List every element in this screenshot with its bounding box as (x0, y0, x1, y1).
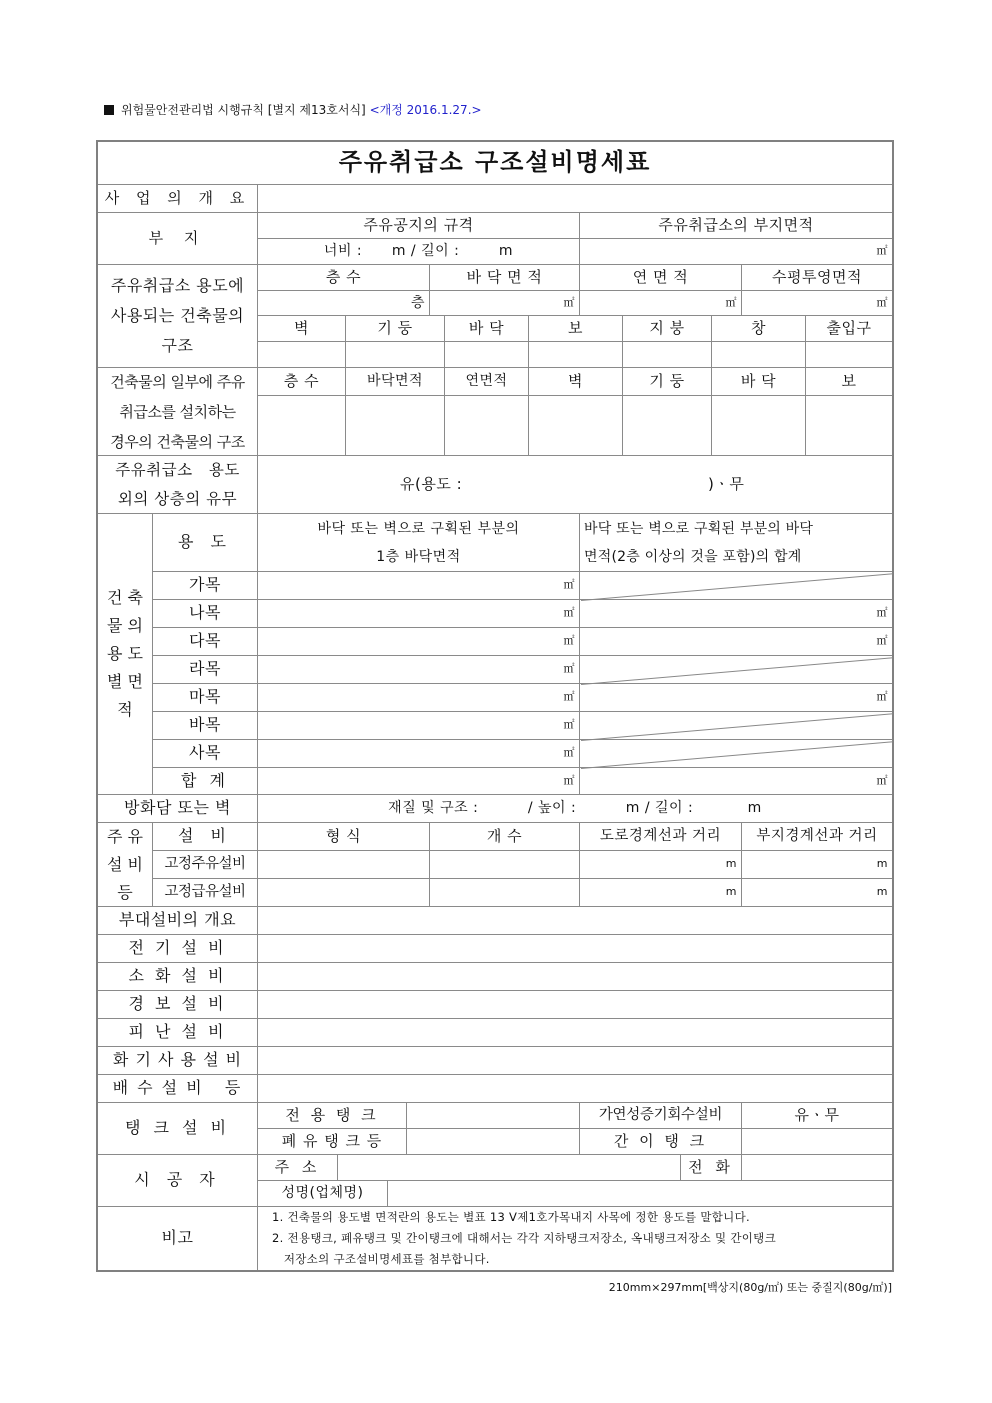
site-area-field[interactable]: ㎡ (580, 239, 892, 265)
beam-header: 보 (529, 316, 623, 342)
fixed-supply-label: 고정급유설비 (153, 879, 258, 907)
business-overview-label: 사 업 의 개 요 (98, 185, 258, 213)
floor-area-header: 바 닥 면 적 (430, 265, 580, 291)
unit-floor: 층 (411, 290, 425, 317)
partial-beam-field[interactable] (806, 396, 892, 456)
partial-beam-header: 보 (806, 368, 892, 396)
site-distance-header: 부지경계선과 거리 (742, 823, 892, 851)
evacuation-equipment-label: 피 난 설 비 (98, 1019, 258, 1047)
projected-area-field[interactable]: ㎡ (742, 291, 892, 316)
column-field[interactable] (346, 342, 445, 368)
window-header: 창 (712, 316, 806, 342)
usage-row-total-area[interactable]: ㎡ (580, 684, 892, 712)
usage-row-name: 나목 (153, 600, 258, 628)
dedicated-tank-label: 전 용 탱 크 (258, 1103, 407, 1129)
unit-sqm: ㎡ (877, 293, 889, 314)
window-field[interactable] (712, 342, 806, 368)
upper-floor-field[interactable]: 유(용도 : )ㆍ무 (258, 456, 892, 514)
type-header: 형 식 (258, 823, 430, 851)
floor-area-field[interactable]: ㎡ (430, 291, 580, 316)
fire-use-equipment-field[interactable] (258, 1047, 892, 1075)
partial-total-area-header: 연면적 (445, 368, 529, 396)
unit-sqm: ㎡ (564, 631, 576, 652)
waste-oil-tank-label: 폐 유 탱 크 등 (258, 1129, 407, 1155)
alarm-equipment-label: 경 보 설 비 (98, 991, 258, 1019)
law-reference: 위험물안전관리법 시행규칙 [별지 제13호서식] (121, 103, 366, 117)
roof-header: 지 붕 (623, 316, 712, 342)
count-header: 개 수 (430, 823, 580, 851)
floor-field[interactable] (445, 342, 529, 368)
unit-sqm: ㎡ (877, 603, 889, 624)
usage-row-first-area[interactable]: ㎡ (258, 684, 580, 712)
partial-wall-field[interactable] (529, 396, 623, 456)
partial-wall-header: 벽 (529, 368, 623, 396)
unit-sqm: ㎡ (564, 743, 576, 764)
floor-header: 바 닥 (445, 316, 529, 342)
unit-sqm: ㎡ (877, 241, 889, 262)
unit-sqm: ㎡ (564, 603, 576, 624)
unit-meter: m (726, 854, 737, 875)
fixed-dispenser-road-distance-field[interactable]: m (580, 851, 742, 879)
remark-line-3: 저장소의 구조설비명세표를 첨부합니다. (272, 1249, 490, 1270)
phone-label: 전 화 (681, 1155, 742, 1181)
road-distance-header: 도로경계선과 거리 (580, 823, 742, 851)
usage-header: 용 도 (153, 514, 258, 572)
partial-column-header: 기 둥 (623, 368, 712, 396)
floors-header: 층 수 (258, 265, 430, 291)
simple-tank-field[interactable] (742, 1129, 892, 1155)
evacuation-equipment-field[interactable] (258, 1019, 892, 1047)
partial-floor-field[interactable] (712, 396, 806, 456)
equipment-header: 설 비 (153, 823, 258, 851)
usage-row-name: 다목 (153, 628, 258, 656)
dedicated-tank-field[interactable] (407, 1103, 580, 1129)
column-header: 기 둥 (346, 316, 445, 342)
revision-link[interactable]: <개정 2016.1.27.> (370, 103, 482, 117)
fixed-supply-road-distance-field[interactable]: m (580, 879, 742, 907)
simple-tank-label: 간 이 탱 크 (580, 1129, 742, 1155)
usage-row-first-area[interactable]: ㎡ (258, 740, 580, 768)
fueling-equipment-label: 주 유 설 비 등 (98, 823, 153, 907)
unit-sqm: ㎡ (564, 771, 576, 792)
paper-spec-footer: 210mm×297mm[백상지(80g/㎡) 또는 중질지(80g/㎡)] (609, 1279, 892, 1295)
fire-use-equipment-label: 화 기 사 용 설 비 (98, 1047, 258, 1075)
usage-row-name: 가목 (153, 572, 258, 600)
address-label: 주 소 (258, 1155, 338, 1181)
fixed-supply-type-field[interactable] (258, 879, 430, 907)
partial-floor-header: 바 닥 (712, 368, 806, 396)
unit-meter: m (726, 882, 737, 903)
remarks-label: 비고 (98, 1207, 258, 1270)
usage-area-label: 건 축 물 의 용 도 별 면 적 (98, 514, 153, 795)
fixed-dispenser-label: 고정주유설비 (153, 851, 258, 879)
usage-row-name: 마목 (153, 684, 258, 712)
building-structure-label: 주유취급소 용도에 사용되는 건축물의 구조 (98, 265, 258, 368)
partial-floors-field[interactable] (258, 396, 346, 456)
usage-row-total-area[interactable]: ㎡ (580, 768, 892, 795)
usage-row-total-area[interactable]: ㎡ (580, 628, 892, 656)
phone-field[interactable] (742, 1155, 892, 1181)
electrical-equipment-field[interactable] (258, 935, 892, 963)
partial-total-area-field[interactable] (445, 396, 529, 456)
partial-floor-area-field[interactable] (346, 396, 445, 456)
entrance-field[interactable] (806, 342, 892, 368)
beam-field[interactable] (529, 342, 623, 368)
site-spec-field[interactable]: 너비 : m / 길이 : m (258, 239, 580, 265)
fixed-dispenser-count-field[interactable] (430, 851, 580, 879)
usage-row-first-area[interactable]: ㎡ (258, 628, 580, 656)
unit-sqm: ㎡ (877, 687, 889, 708)
partial-building-label: 건축물의 일부에 주유 취급소를 설치하는 경우의 건축물의 구조 (98, 368, 258, 456)
unit-sqm: ㎡ (564, 687, 576, 708)
upper-floor-yes-use[interactable]: 유(용도 : (400, 470, 462, 499)
partial-column-field[interactable] (623, 396, 712, 456)
floors-field[interactable]: 층 (258, 291, 430, 316)
firewall-field[interactable]: 재질 및 구조 : / 높이 : m / 길이 : m (258, 795, 892, 823)
vapor-recovery-yes-no[interactable]: 유ㆍ무 (742, 1103, 892, 1129)
partial-floor-area-header: 바닥면적 (346, 368, 445, 396)
usage-row-first-area[interactable]: ㎡ (258, 712, 580, 740)
drainage-equipment-field[interactable] (258, 1075, 892, 1103)
firewall-label: 방화담 또는 벽 (98, 795, 258, 823)
fixed-supply-site-distance-field[interactable]: m (742, 879, 892, 907)
wall-header: 벽 (258, 316, 346, 342)
form-header: 위험물안전관리법 시행규칙 [별지 제13호서식] <개정 2016.1.27.… (104, 101, 482, 118)
usage-row-first-area[interactable]: ㎡ (258, 656, 580, 684)
roof-field[interactable] (623, 342, 712, 368)
total-area-header: 바닥 또는 벽으로 구획된 부분의 바닥 면적(2층 이상의 것을 포함)의 합… (580, 514, 892, 572)
fire-extinguishing-label: 소 화 설 비 (98, 963, 258, 991)
usage-row-first-area[interactable]: ㎡ (258, 572, 580, 600)
unit-sqm: ㎡ (877, 771, 889, 792)
unit-sqm: ㎡ (564, 293, 576, 314)
total-floor-area-field[interactable]: ㎡ (580, 291, 742, 316)
tank-equipment-label: 탱 크 설 비 (98, 1103, 258, 1155)
auxiliary-overview-label: 부대설비의 개요 (98, 907, 258, 935)
unit-sqm: ㎡ (564, 575, 576, 596)
usage-row-total-area[interactable]: ㎡ (580, 600, 892, 628)
unit-sqm: ㎡ (877, 631, 889, 652)
first-floor-area-header: 바닥 또는 벽으로 구획된 부분의 1층 바닥면적 (258, 514, 580, 572)
usage-row-first-area[interactable]: ㎡ (258, 600, 580, 628)
remark-line-1: 1. 건축물의 용도별 면적란의 용도는 별표 13 Ⅴ제1호가목내지 사목에 … (272, 1207, 750, 1228)
remarks-content: 1. 건축물의 용도별 면적란의 용도는 별표 13 Ⅴ제1호가목내지 사목에 … (258, 1207, 892, 1270)
entrance-header: 출입구 (806, 316, 892, 342)
total-floor-area-header: 연 면 적 (580, 265, 742, 291)
partial-floors-header: 층 수 (258, 368, 346, 396)
business-overview-field[interactable] (258, 185, 892, 213)
usage-row-name: 바목 (153, 712, 258, 740)
remark-line-2: 2. 전용탱크, 폐유탱크 및 간이탱크에 대해서는 각각 지하탱크저장소, 옥… (272, 1228, 776, 1249)
fixed-dispenser-site-distance-field[interactable]: m (742, 851, 892, 879)
unit-sqm: ㎡ (726, 293, 738, 314)
electrical-equipment-label: 전 기 설 비 (98, 935, 258, 963)
site-spec-header: 주유공지의 규격 (258, 213, 580, 239)
form-title: 주유취급소 구조설비명세표 (98, 142, 892, 185)
square-bullet-icon (104, 105, 114, 115)
unit-meter: m (877, 854, 888, 875)
wall-field[interactable] (258, 342, 346, 368)
unit-sqm: ㎡ (564, 715, 576, 736)
contractor-label: 시 공 자 (98, 1155, 258, 1207)
upper-floor-no[interactable]: )ㆍ무 (708, 470, 744, 499)
unit-sqm: ㎡ (564, 659, 576, 680)
usage-row-first-area[interactable]: ㎡ (258, 768, 580, 795)
company-name-label: 성명(업체명) (258, 1181, 388, 1207)
fixed-dispenser-type-field[interactable] (258, 851, 430, 879)
unit-meter: m (877, 882, 888, 903)
waste-oil-tank-field[interactable] (407, 1129, 580, 1155)
address-field[interactable] (338, 1155, 681, 1181)
projected-area-header: 수평투영면적 (742, 265, 892, 291)
drainage-equipment-label: 배 수 설 비 등 (98, 1075, 258, 1103)
site-area-header: 주유취급소의 부지면적 (580, 213, 892, 239)
company-name-field[interactable] (388, 1181, 892, 1207)
alarm-equipment-field[interactable] (258, 991, 892, 1019)
fire-extinguishing-field[interactable] (258, 963, 892, 991)
usage-row-name: 합 계 (153, 768, 258, 795)
fixed-supply-count-field[interactable] (430, 879, 580, 907)
auxiliary-overview-field[interactable] (258, 907, 892, 935)
vapor-recovery-label: 가연성증기회수설비 (580, 1103, 742, 1129)
upper-floor-label: 주유취급소 용도 외의 상층의 유무 (98, 456, 258, 514)
usage-row-name: 라목 (153, 656, 258, 684)
site-label: 부 지 (98, 213, 258, 265)
usage-row-name: 사목 (153, 740, 258, 768)
